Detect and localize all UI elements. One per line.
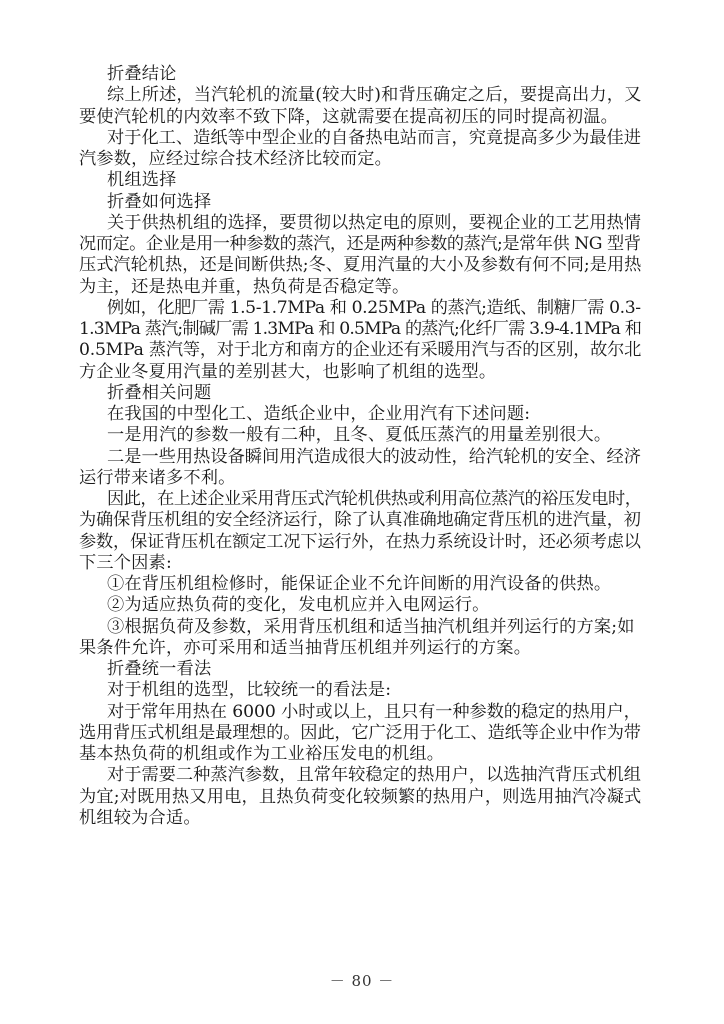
text-line: 汽参数，应经过综合技术经济比较而定。: [79, 149, 641, 170]
text-line: 对于常年用热在 6000 小时或以上，且只有一种参数的稳定的热用户，: [79, 702, 641, 723]
text-line: 对于需要二种蒸汽参数，且常年较稳定的热用户，以选抽汽背压式机组: [79, 765, 641, 786]
text-line: 压式汽轮机热，还是间断供热;冬、夏用汽量的大小及参数有何不同;是用热: [79, 255, 641, 276]
document-body: 折叠结论综上所述，当汽轮机的流量(较大时)和背压确定之后，要提高出力，又要使汽轮…: [79, 64, 641, 829]
text-line: 对于化工、造纸等中型企业的自备热电站而言，究竟提高多少为最佳进: [79, 128, 641, 149]
text-line: 0.5MPa 蒸汽等，对于北方和南方的企业还有采暖用汽与否的区别，故尔北: [79, 340, 641, 361]
text-line: 因此，在上述企业采用背压式汽轮机供热或利用高位蒸汽的裕压发电时，: [79, 489, 641, 510]
text-line: 况而定。企业是用一种参数的蒸汽，还是两种参数的蒸汽;是常年供 NG 型背: [79, 234, 641, 255]
text-line: 为宜;对既用热又用电，且热负荷变化较频繁的热用户，则选用抽汽冷凝式: [79, 787, 641, 808]
text-line: 为主，还是热电并重，热负荷是否稳定等。: [79, 277, 641, 298]
text-line: 例如，化肥厂需 1.5-1.7MPa 和 0.25MPa 的蒸汽;造纸、制糖厂需…: [79, 298, 641, 319]
text-line: 二是一些用热设备瞬间用汽造成很大的波动性，给汽轮机的安全、经济: [79, 447, 641, 468]
text-line: ②为适应热负荷的变化，发电机应并入电网运行。: [79, 595, 641, 616]
text-line: ③根据负荷及参数，采用背压机组和适当抽汽机组并列运行的方案;如: [79, 617, 641, 638]
text-line: 果条件允许，亦可采用和适当抽背压机组并列运行的方案。: [79, 638, 641, 659]
text-line: 综上所述，当汽轮机的流量(较大时)和背压确定之后，要提高出力，又: [79, 85, 641, 106]
page-number: － 80 －: [0, 970, 724, 991]
text-line: 一是用汽的参数一般有二种，且冬、夏低压蒸汽的用量差别很大。: [79, 425, 641, 446]
text-line: 选用背压式机组是最理想的。因此，它广泛用于化工、造纸等企业中作为带: [79, 723, 641, 744]
text-line: 对于机组的选型，比较统一的看法是:: [79, 680, 641, 701]
text-line: 1.3MPa 蒸汽;制碱厂需 1.3MPa 和 0.5MPa 的蒸汽;化纤厂需 …: [79, 319, 641, 340]
text-line: 为确保背压机组的安全经济运行，除了认真准确地确定背压机的进汽量，初: [79, 510, 641, 531]
text-line: ①在背压机组检修时，能保证企业不允许间断的用汽设备的供热。: [79, 574, 641, 595]
text-line: 参数，保证背压机在额定工况下运行外，在热力系统设计时，还必须考虑以: [79, 532, 641, 553]
section-heading: 折叠相关问题: [79, 383, 641, 404]
text-line: 要使汽轮机的内效率不致下降，这就需要在提高初压的同时提高初温。: [79, 107, 641, 128]
section-heading: 机组选择: [79, 170, 641, 191]
text-line: 下三个因素:: [79, 553, 641, 574]
text-line: 方企业冬夏用汽量的差别甚大，也影响了机组的选型。: [79, 362, 641, 383]
text-line: 运行带来诸多不利。: [79, 468, 641, 489]
text-line: 关于供热机组的选择，要贯彻以热定电的原则，要视企业的工艺用热情: [79, 213, 641, 234]
text-line: 基本热负荷的机组或作为工业裕压发电的机组。: [79, 744, 641, 765]
document-page: 折叠结论综上所述，当汽轮机的流量(较大时)和背压确定之后，要提高出力，又要使汽轮…: [79, 64, 641, 829]
text-line: 机组较为合适。: [79, 808, 641, 829]
text-line: 在我国的中型化工、造纸企业中，企业用汽有下述问题:: [79, 404, 641, 425]
section-heading: 折叠如何选择: [79, 192, 641, 213]
section-heading: 折叠结论: [79, 64, 641, 85]
section-heading: 折叠统一看法: [79, 659, 641, 680]
